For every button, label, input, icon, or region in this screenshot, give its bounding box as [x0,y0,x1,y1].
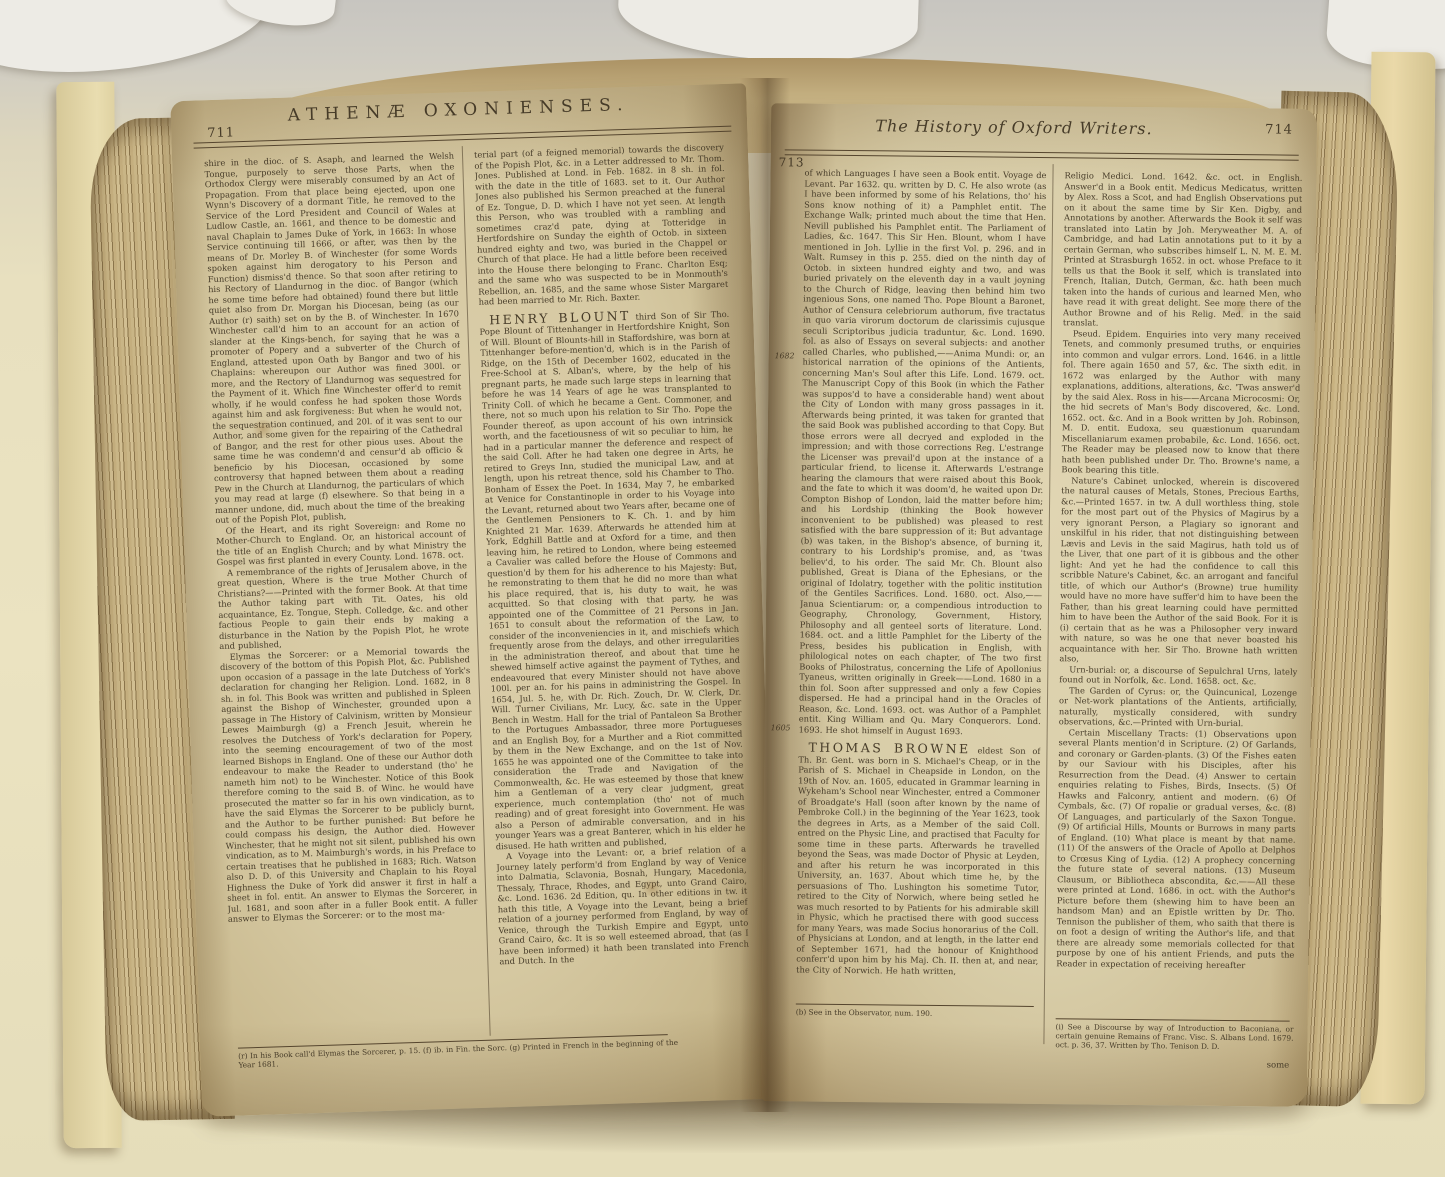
paragraph: Pseud. Epidem. Enquiries into very many … [1061,328,1301,477]
footnote-rule [1056,1018,1290,1021]
footnote-text: (r) In his Book call'd Elymas the Sorcer… [238,1038,678,1070]
entry-henry-blount: HENRY BLOUNT third Son of Sir Tho. Pope … [479,305,746,851]
running-title-right: The History of Oxford Writers. [771,115,1257,139]
left-page: 711 ATHENÆ OXONIENSES. shire in the dioc… [170,83,778,1117]
right-page-column-2: Religio Medici. Lond. 1642. &c. oct. in … [1056,170,1303,1008]
right-page-column-1: of which Languages I have seen a Book en… [796,168,1046,982]
footnote-text: (b) See in the Observator, num. 190. [796,1007,1038,1019]
paragraph: Of the Heart, and its right Sovereign: a… [216,518,467,568]
paragraph: Elymas the Sorcerer: or a Memorial towar… [219,644,477,925]
paper-scrap-top-left [0,0,273,81]
paragraph: Urn-burial: or, a discourse of Sepulchra… [1059,664,1297,687]
paragraph: of which Languages I have seen a Book en… [799,168,1047,738]
entry-thomas-browne: THOMAS BROWNE eldest Son of Th. Br. Gent… [796,740,1040,977]
paragraph: terial part (of a feigned memorial) towa… [474,142,729,307]
left-page-column-1: shire in the dioc. of S. Asaph, and lear… [204,150,481,1035]
foxing-spot [640,880,664,896]
paragraph: A remembrance of the rights of Jerusalem… [217,560,470,652]
photo-of-open-book: 711 ATHENÆ OXONIENSES. shire in the dioc… [0,0,1445,1177]
paragraph: shire in the dioc. of S. Asaph, and lear… [204,150,465,525]
foxing-spot [250,420,276,438]
paragraph: Religio Medici. Lond. 1642. &c. oct. in … [1063,170,1303,330]
book-gutter-shadow [740,78,790,1112]
header-rule-right [785,149,1299,160]
catchword: some [1055,1058,1289,1070]
foxing-spot [1230,300,1250,314]
left-page-column-2: terial part (of a feigned memorial) towa… [474,142,751,1027]
right-page: The History of Oxford Writers. 714 713 1… [761,103,1317,1107]
paragraph: A Voyage into the Levant: or, a brief re… [496,844,750,967]
footnote-right-col2: (i) See a Discourse by way of Introducti… [1055,1018,1293,1052]
entry-body: eldest Son of Th. Br. Gent. was born in … [796,745,1040,975]
paragraph: Nature's Cabinet unlocked, wherein is di… [1059,475,1299,666]
footnotes-left-page: (r) In his Book call'd Elymas the Sorcer… [238,1034,678,1070]
paper-scrap-top-middle [617,0,920,65]
footnote-rule [796,1003,1034,1006]
paragraph: Certain Miscellany Tracts: (1) Observati… [1056,727,1297,971]
page-number-right: 714 [1265,122,1293,137]
footnote-text: (i) See a Discourse by way of Introducti… [1055,1022,1293,1052]
paragraph: The Garden of Cyrus: or, the Quincunical… [1059,685,1297,729]
entry-body: third Son of Sir Tho. Pope Blount of Tit… [479,308,745,851]
running-title-left: ATHENÆ OXONIENSES. [170,91,746,129]
footnote-right-col1: (b) See in the Observator, num. 190. [796,1003,1038,1019]
